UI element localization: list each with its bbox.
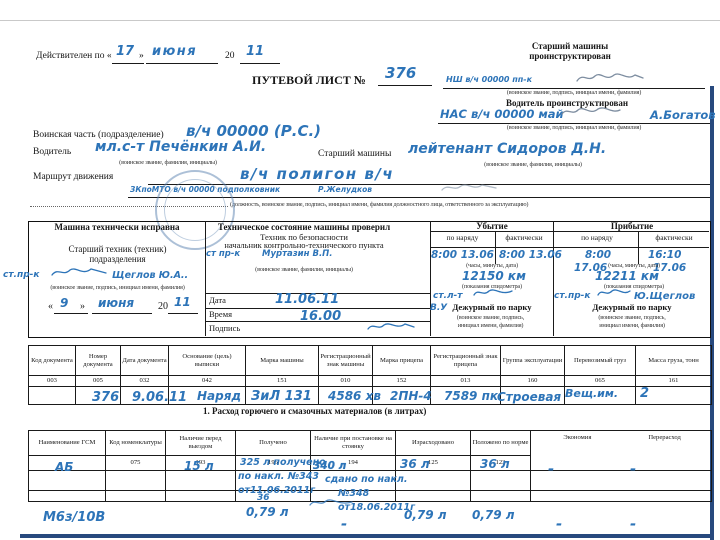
overuse-header: Перерасход [621,431,708,442]
ok-month: июня [98,297,134,309]
fuel-cell [531,471,712,491]
date-label: Дата [209,296,226,305]
waybill-number: 376 [385,66,416,81]
fuel-table: Наименование ГСМ Код номенклатуры Наличи… [28,430,712,502]
fuel1-received-line3: от11.06.2011г [238,486,315,496]
departure-actual-header: фактически [496,234,552,242]
fuel-col-header: Код номенклатуры [106,431,166,456]
arrival-duty-label: Дежурный по парку [568,303,696,313]
fuel-cell [166,471,236,491]
vehicle-make-value: ЗиЛ 131 [251,390,312,403]
fuel-col-code: 075 [106,456,166,471]
rank-name-caption: (воинское звание, фамилия, инициалы) [98,160,238,167]
arrival-by-order-header: по наряду [556,234,638,242]
senior-signer: НШ в/ч 00000 пп-к [446,76,532,84]
doc-col-header: Регистрационный знак машины [319,346,373,376]
doc-col-header: Группа эксплуатации [501,346,565,376]
fuel-col-header: Наличие при постановке на стоянку [311,431,396,456]
signature [440,181,498,194]
cargo-value: Вещ.им. [565,388,618,399]
economy-header: Экономия [534,431,621,442]
signature [366,320,416,334]
underline [378,85,432,86]
route-label: Маршрут движения [33,172,113,182]
fuel2-name: М6з/10В [43,511,105,524]
senior-label: Старший машины [318,149,391,159]
doc-date-value: 9.06.11 [132,391,187,404]
fuel-cell [396,491,471,502]
doc-col-header: Марка машины [246,346,319,376]
route-officer-name: Р.Желудков [318,186,372,194]
doc-col-code: 160 [501,376,565,387]
arrival-duty-name: Ю.Щеглов [634,292,695,302]
rank-sign-caption: (воинское звание, подпись, инициал имени… [30,285,205,292]
fuel2-economy-dash: - [556,517,562,532]
machine-ok-subtitle: Старший техник (техник) подразделения [40,245,195,265]
doc-col-code: 042 [169,376,246,387]
senior-value: лейтенант Сидоров Д.Н. [408,142,606,156]
fuel1-norm-value: 36 л [480,458,510,470]
fuel2-used-value: 0,79 л [404,509,447,521]
technician-rank: ст.пр-к [3,271,39,280]
fuel-col-header-economy-overuse: ЭкономияПерерасход [531,431,712,471]
underline [92,313,152,314]
rank-sign-caption: (воинское звание, подпись, инициал имени… [443,90,705,97]
fuel1-name: АБ [55,461,73,473]
arrival-actual-value: 16:10 [648,250,681,261]
date-open-quote: « [48,301,53,312]
fuel2-received-value: 0,79 л [246,506,289,518]
underline [54,313,88,314]
duty-caption2: инициал имени, фамилия) [433,323,548,330]
doc-col-header: Перевозимый груз [565,346,636,376]
odometer-caption: (показания спидометра) [560,284,708,291]
doc-col-code: 032 [121,376,169,387]
doc-col-header: Номер документа [76,346,121,376]
fuel2-dash: - [341,517,347,532]
driver-signer: НАС в/ч 00000 май [440,109,564,121]
trailer-make-value: 2ПН-4 [390,390,432,402]
underline [168,313,198,314]
fuel2-corrected-value: 36 [257,494,270,503]
arrival-title: Прибытие [556,222,708,232]
doc-number-value: 376 [92,391,119,404]
senior-instructed-header: Старший машины проинструктирован [509,42,631,62]
underline [240,63,280,64]
doc-col-code: 152 [373,376,431,387]
check-date-value: 11.06.11 [275,293,339,306]
valid-close-quote: » [139,51,144,61]
doc-col-header: Марка прицепа [373,346,431,376]
fuel-cell [106,471,166,491]
time-label: Время [209,310,232,319]
table-line [430,247,709,248]
scan-bottom-edge [20,534,714,538]
duty-caption1: (воинское звание, подпись, [433,315,548,322]
ok-year: 11 [174,296,191,308]
fuel-cell [29,491,106,502]
fuel1-used-value: 36 л [400,458,430,470]
departure-by-order-header: по наряду [431,234,494,242]
departure-duty-label: Дежурный по парку [436,303,548,313]
doc-basis-value: Наряд [197,390,241,402]
valid-month-value: июня [152,45,197,58]
arrival-actual-header: фактически [639,234,709,242]
route-value: в/ч полигон в/ч [240,167,394,182]
year-prefix: 20 [158,301,168,312]
doc-col-code: 065 [565,376,636,387]
waybill-sheet: Действителен по « 17 » июня 20 11 ПУТЕВО… [0,0,720,540]
driver-label: Водитель [33,147,71,157]
vehicle-plate-value: 4586 хв [328,390,381,402]
rank-name-caption: (воинское звание, фамилия, инициалы) [206,267,402,274]
duty-caption1: (воинское звание, подпись, [568,315,696,322]
driver-signer-name: А.Богатов [650,110,716,122]
doc-col-code: 003 [29,376,76,387]
valid-year-value: 11 [246,45,264,58]
driver-value: мл.с-т Печёнкин А.И. [95,140,266,154]
doc-col-header: Дата документа [121,346,169,376]
duty-caption2: инициал имени, фамилия) [568,323,696,330]
arrival-duty-rank: ст.пр-к [554,292,590,301]
trailer-plate-value: 7589 пк [444,390,498,402]
doc-col-header: Основание (цель) выписки [169,346,246,376]
departure-duty-rank: ст.л-т [433,292,463,301]
fuel-cell [471,491,531,502]
fuel-col-header: Израсходовано [396,431,471,456]
doc-col-code: 005 [76,376,121,387]
doc-col-code: 010 [319,376,373,387]
arrival-odometer: 12211 км [595,270,659,282]
fuel1-overuse-dash: - [630,462,636,477]
fuel-col-header: Положено по норме [471,431,531,456]
valid-day-value: 17 [116,45,134,58]
fuel2-norm-value: 0,79 л [472,509,515,521]
check-time-value: 16.00 [300,310,341,323]
signature [560,104,622,120]
fuel1-returned-line2: сдано по накл. [325,475,408,485]
doc-col-code: 161 [636,376,712,387]
underline [146,63,218,64]
technician-name: Щеглов Ю.А.. [112,271,188,281]
ok-day: 9 [60,297,68,309]
fuel1-received-line2: по накл. №343 [238,472,319,482]
fuel1-returned-line1: 340 л [313,461,346,472]
waybill-title: ПУТЕВОЙ ЛИСТ № [252,74,366,87]
doc-cell [29,387,76,405]
arrival-by-order-value: 8:00 [585,250,611,261]
scan-top-edge [0,20,720,21]
signature [50,265,108,280]
fuel1-economy-dash: - [548,462,554,477]
doc-col-header: Масса груза, тонн [636,346,712,376]
year-prefix: 20 [225,51,235,61]
fuel1-before-value: 15 л [184,460,214,472]
fuel-cell [531,491,712,502]
sign-label: Подпись [209,324,240,333]
cargo-mass-value: 2 [640,387,649,400]
date-close-quote: » [80,301,85,312]
valid-until-label: Действителен по « [36,51,112,61]
fuel-section-title: 1. Расход горючего и смазочных материало… [203,407,426,417]
departure-actual-value: 8:00 13.06 [499,250,562,261]
fuel2-overuse-dash: - [630,517,636,532]
departure-odometer: 12150 км [462,270,526,282]
verifier-rank: ст пр-к [206,250,240,259]
fuel-col-header: Наименование ГСМ [29,431,106,456]
verifier-name: Муртазин В.П. [262,250,333,259]
departure-title: Убытие [432,222,552,232]
fuel-col-header: Наличие перед выездом [166,431,236,456]
fuel-cell [166,491,236,502]
signature [596,286,632,300]
departure-by-order-value: 8:00 13.06 [431,250,494,261]
exploitation-group-value: Строевая [497,391,561,403]
rank-sign-caption: (воинское звание, подпись, инициал имени… [448,125,700,132]
machine-ok-title: Машина технически исправна [32,223,202,233]
signature [472,286,514,300]
fuel-cell [106,491,166,502]
route-caption: (должность, воинское звание, подпись, ин… [230,202,528,209]
fuel-cell [471,471,531,491]
doc-col-code: 013 [431,376,501,387]
table-line [553,221,554,336]
doc-col-header: Код документа [29,346,76,376]
fuel-col-header: Получено [236,431,311,456]
rank-name-caption: (воинское звание, фамилия, инициалы) [468,162,598,169]
unit-value: в/ч 00000 (Р.С.) [186,124,321,139]
underline [112,63,144,64]
doc-col-code: 151 [246,376,319,387]
signature [575,70,645,86]
signature [308,496,354,510]
doc-col-header: Регистрационный знак прицепа [431,346,501,376]
